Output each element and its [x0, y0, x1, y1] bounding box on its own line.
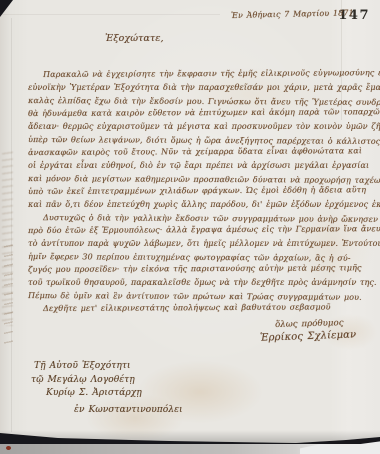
letter-body-line: Παρακαλῶ νὰ ἐγχειρίσητε τὴν ἔκφρασιν τῆς…: [28, 66, 370, 81]
letter-body-line: ἄδειαν· θερμῶς εὐχαριστοῦμεν τὰ μέγιστα …: [28, 120, 370, 133]
ink-bleedthrough-marks: [4, 238, 13, 348]
letter-body-line: τοῦ τρωϊκοῦ θησαυροῦ, παρακαλεῖσθε ὅμως …: [28, 276, 370, 289]
red-seal-dot: [6, 446, 11, 450]
letter-address-line: ἐν Κωνσταντινουπόλει: [74, 404, 183, 418]
letter-address-block: Τῇ Αὐτοῦ Ἐξοχότητιτῷ Μεγάλῳ ΛογοθέτῃΚυρί…: [34, 360, 183, 417]
letter-body: Παρακαλῶ νὰ ἐγχειρίσητε τὴν ἔκφρασιν τῆς…: [28, 68, 370, 315]
letter-body-line: ζυγός μου προσεῖδεν· τὴν εἰκόνα τῆς παρι…: [28, 261, 370, 276]
letter-address-line: Κυρίῳ Σ. Ἀριστάρχῃ: [46, 387, 183, 401]
letter-body-line: καὶ πᾶν ὅ,τι δέον ἐπετεύχθη χωρὶς ἄλλης …: [28, 198, 370, 211]
letter-address-line: τῷ Μεγάλῳ Λογοθέτῃ: [31, 374, 183, 388]
letter-signature: Ἑρρίκος Σχλίεμαν: [260, 329, 356, 343]
letter-body-line: οἱ ἐργάται εἶναι εὐθηνοί, διὸ ἐν τῷ ἔαρι…: [28, 159, 370, 172]
letter-body-line: Δεχθῆτε μετ' εἰλικρινεστάτης ὑπολήψεως κ…: [28, 300, 370, 315]
letter-body-line: εὐνοϊκὴν Ὑμετέραν Ἐξοχότητα διὰ τὴν παρα…: [28, 81, 370, 94]
letter-address-line: Τῇ Αὐτοῦ Ἐξοχότητι: [34, 360, 183, 374]
torn-page-corner: [300, 440, 380, 454]
letter-body-line: ὑπὸ τῶν ἐκεῖ ἐπιτετραμμένων χιλιάδων φρά…: [28, 183, 370, 198]
letter-valediction: ὅλως πρόθυμος: [275, 318, 344, 330]
letter-body-line: τὸ ἀντίτυπον παρὰ ψυχῶν λάβωμεν, ὅτι ἡμε…: [28, 237, 370, 250]
top-fold-crease: [0, 14, 220, 15]
letter-body-line: θὰ ἠδυνάμεθα κατὰ καιρὸν εὔθετον νὰ ἐπιτ…: [28, 105, 370, 120]
letter-body-line: πρὸ δύο ἐτῶν ἐξ Ἑρμουπόλεως· ἀλλὰ ἔγραψα…: [28, 222, 370, 237]
letter-paper: 147 Ἐν Ἀθήναις 7 Μαρτίου 1871 Ἐξοχώτατε,…: [0, 0, 380, 454]
letter-salutation: Ἐξοχώτατε,: [105, 33, 164, 44]
letter-body-line: ἀνασκαφῶν καιρὸς τοῦ ἔτους. Νῦν τὰ χείμα…: [28, 144, 370, 159]
letter-dateline: Ἐν Ἀθήναις 7 Μαρτίου 1871: [231, 8, 354, 20]
